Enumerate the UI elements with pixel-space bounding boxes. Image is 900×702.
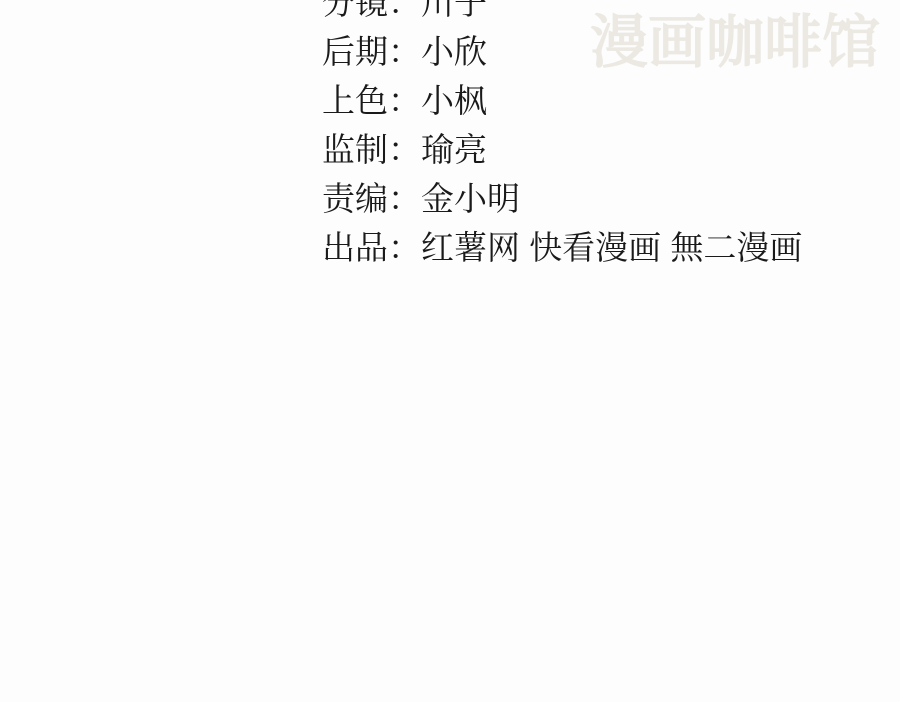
credit-line-editor: 责编：金小明 <box>322 174 802 223</box>
credit-line-supervisor: 监制：瑜亮 <box>322 125 802 174</box>
credit-line-production: 出品：红薯网 快看漫画 無二漫画 <box>322 223 802 272</box>
credit-line-postproduction: 后期：小欣 <box>322 27 802 76</box>
credit-line-coloring: 上色：小枫 <box>322 76 802 125</box>
comic-credits-page: 漫画咖啡馆 分镜：川子 后期：小欣 上色：小枫 监制：瑜亮 责编：金小明 出品：… <box>0 0 900 702</box>
credits-list: 分镜：川子 后期：小欣 上色：小枫 监制：瑜亮 责编：金小明 出品：红薯网 快看… <box>322 0 802 272</box>
credit-line-storyboard: 分镜：川子 <box>322 0 802 27</box>
